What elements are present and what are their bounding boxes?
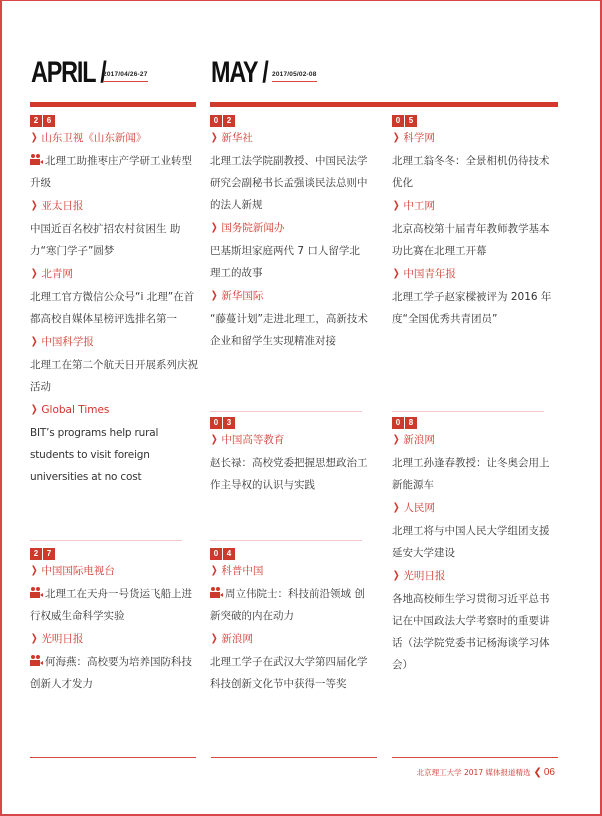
chevron-right-icon: ❯ bbox=[31, 199, 38, 213]
chevron-right-icon: ❯ bbox=[31, 267, 38, 281]
chevron-right-icon: ❯ bbox=[393, 131, 400, 145]
chevron-right-icon: ❯ bbox=[393, 267, 400, 281]
date-digit: 2 bbox=[30, 115, 42, 127]
video-camera-icon bbox=[210, 587, 223, 598]
day-block-08: 08❯新浪网北理工孙逢春教授：让冬奥会用上新能源车❯人民网北理工将与中国人民大学… bbox=[392, 417, 557, 679]
news-headline[interactable]: 何海燕：高校要为培养国防科技创新人才发力 bbox=[30, 651, 195, 695]
chevron-right-icon: ❯ bbox=[393, 501, 400, 515]
source-label: 光明日报 bbox=[41, 632, 83, 646]
news-headline[interactable]: 北理工在第二个航天日开展系列庆祝活动 bbox=[30, 354, 202, 398]
headline-text: 北理工学子赵家樑被评为 2016 年度“全国优秀共青团员” bbox=[392, 291, 551, 325]
divider bbox=[210, 411, 362, 412]
month-title-may: MAY / bbox=[211, 56, 268, 90]
source-label: 新华社 bbox=[221, 131, 253, 145]
day-block-02: 02❯新华社北理工法学院副教授、中国民法学研究会副秘书长孟强谈民法总则中的法人新… bbox=[210, 115, 370, 355]
chevron-right-icon: ❯ bbox=[31, 632, 38, 646]
source-label: 中国高等教育 bbox=[221, 433, 284, 447]
headline-text: 北理工将与中国人民大学组团支援延安大学建设 bbox=[392, 525, 550, 559]
news-source[interactable]: ❯亚太日报 bbox=[30, 197, 202, 215]
news-source[interactable]: ❯新华国际 bbox=[210, 287, 370, 305]
source-label: 科学网 bbox=[403, 131, 435, 145]
may-header-bar bbox=[210, 102, 558, 107]
source-label: 中国科学报 bbox=[41, 335, 94, 349]
video-camera-icon bbox=[30, 587, 43, 598]
news-headline[interactable]: 北理工将与中国人民大学组团支援延安大学建设 bbox=[392, 520, 557, 564]
source-label: 新浪网 bbox=[403, 433, 435, 447]
news-source[interactable]: ❯山东卫视《山东新闻》 bbox=[30, 129, 202, 147]
news-source[interactable]: ❯北青网 bbox=[30, 265, 202, 283]
divider bbox=[210, 540, 362, 541]
chevron-right-icon: ❯ bbox=[211, 221, 218, 235]
date-badge: 03 bbox=[210, 417, 370, 429]
headline-text: 北理工法学院副教授、中国民法学研究会副秘书长孟强谈民法总则中的法人新规 bbox=[210, 155, 368, 211]
date-range-may: 2017/05/02-08 bbox=[272, 71, 317, 82]
video-camera-icon bbox=[30, 154, 43, 165]
source-label: 科普中国 bbox=[221, 564, 263, 578]
date-range-april: 2017/04/26-27 bbox=[103, 71, 148, 82]
chevron-right-icon: ❯ bbox=[31, 564, 38, 578]
news-source[interactable]: ❯新浪网 bbox=[392, 431, 557, 449]
headline-text: 中国近百名校扩招农村贫困生 助力“寒门学子”圆梦 bbox=[30, 223, 180, 257]
source-label: 人民网 bbox=[403, 501, 435, 515]
date-digit: 0 bbox=[392, 417, 404, 429]
source-label: 中国青年报 bbox=[403, 267, 456, 281]
video-camera-icon bbox=[30, 655, 43, 666]
source-label: 光明日报 bbox=[403, 569, 445, 583]
news-source[interactable]: ❯中工网 bbox=[392, 197, 557, 215]
date-badge: 26 bbox=[30, 115, 202, 127]
bottom-rule bbox=[392, 757, 558, 758]
headline-text: 北理工学子在武汉大学第四届化学科技创新文化节中获得一等奖 bbox=[210, 656, 368, 690]
source-label: 北青网 bbox=[41, 267, 73, 281]
date-badge: 08 bbox=[392, 417, 557, 429]
news-headline[interactable]: 北理工翁冬冬：全景相机仍待技术优化 bbox=[392, 150, 557, 194]
date-digit: 0 bbox=[392, 115, 404, 127]
date-digit: 3 bbox=[223, 417, 235, 429]
date-digit: 0 bbox=[210, 417, 222, 429]
chevron-right-icon: ❯ bbox=[211, 433, 218, 447]
news-source[interactable]: ❯中国国际电视台 bbox=[30, 562, 195, 580]
date-badge: 04 bbox=[210, 548, 373, 560]
news-headline[interactable]: 北理工学子在武汉大学第四届化学科技创新文化节中获得一等奖 bbox=[210, 651, 373, 695]
news-source[interactable]: ❯光明日报 bbox=[30, 630, 195, 648]
source-label: 新华国际 bbox=[221, 289, 263, 303]
date-digit: 8 bbox=[405, 417, 417, 429]
headline-text: 各地高校师生学习贯彻习近平总书记在中国政法大学考察时的重要讲话（法学院党委书记杨… bbox=[392, 593, 550, 671]
day-block-26: 26❯山东卫视《山东新闻》北理工助推枣庄产学研工业转型升级❯亚太日报中国近百名校… bbox=[30, 115, 202, 491]
news-headline[interactable]: 北理工官方微信公众号“i 北理”在首都高校自媒体星榜评选排名第一 bbox=[30, 286, 202, 330]
footer-title: 北京理工大学 2017 媒体报道精选 bbox=[417, 767, 531, 778]
date-badge: 27 bbox=[30, 548, 195, 560]
news-source[interactable]: ❯新浪网 bbox=[210, 630, 373, 648]
chevron-right-icon: ❯ bbox=[211, 131, 218, 145]
news-source[interactable]: ❯新华社 bbox=[210, 129, 370, 147]
headline-text: “藤蔓计划”走进北理工，高新技术企业和留学生实现精准对接 bbox=[210, 313, 368, 347]
chevron-right-icon: ❯ bbox=[211, 632, 218, 646]
headline-text: 北理工助推枣庄产学研工业转型升级 bbox=[30, 155, 192, 189]
news-headline[interactable]: 北理工法学院副教授、中国民法学研究会副秘书长孟强谈民法总则中的法人新规 bbox=[210, 150, 370, 216]
headline-text: 北理工官方微信公众号“i 北理”在首都高校自媒体星榜评选排名第一 bbox=[30, 291, 194, 325]
headline-text: 周立伟院士：科技前沿领域 创新突破的内在动力 bbox=[210, 588, 365, 622]
news-source[interactable]: ❯中国高等教育 bbox=[210, 431, 370, 449]
chevron-right-icon: ❯ bbox=[393, 433, 400, 447]
headline-text: 巴基斯坦家庭两代 7 口人留学北理工的故事 bbox=[210, 245, 360, 279]
news-headline[interactable]: 北京高校第十届青年教师教学基本功比赛在北理工开幕 bbox=[392, 218, 557, 262]
chevron-right-icon: ❯ bbox=[211, 289, 218, 303]
divider bbox=[30, 540, 182, 541]
news-headline[interactable]: 北理工学子赵家樑被评为 2016 年度“全国优秀共青团员” bbox=[392, 286, 557, 330]
news-source[interactable]: ❯科普中国 bbox=[210, 562, 373, 580]
news-headline[interactable]: “藤蔓计划”走进北理工，高新技术企业和留学生实现精准对接 bbox=[210, 308, 370, 352]
headline-text: 北理工在第二个航天日开展系列庆祝活动 bbox=[30, 359, 198, 393]
chevron-right-icon: ❯ bbox=[393, 199, 400, 213]
source-label: Global Times bbox=[41, 403, 109, 417]
news-headline[interactable]: 中国近百名校扩招农村贫困生 助力“寒门学子”圆梦 bbox=[30, 218, 202, 262]
news-source[interactable]: ❯科学网 bbox=[392, 129, 557, 147]
chevron-right-icon: ❯ bbox=[211, 564, 218, 578]
news-headline[interactable]: 周立伟院士：科技前沿领域 创新突破的内在动力 bbox=[210, 583, 373, 627]
bottom-rule bbox=[30, 757, 196, 758]
date-badge: 05 bbox=[392, 115, 557, 127]
day-block-03: 03❯中国高等教育赵长禄：高校党委把握思想政治工作主导权的认识与实践 bbox=[210, 417, 370, 499]
news-headline[interactable]: 各地高校师生学习贯彻习近平总书记在中国政法大学考察时的重要讲话（法学院党委书记杨… bbox=[392, 588, 557, 676]
day-block-05: 05❯科学网北理工翁冬冬：全景相机仍待技术优化❯中工网北京高校第十届青年教师教学… bbox=[392, 115, 557, 333]
date-digit: 0 bbox=[210, 115, 222, 127]
date-digit: 2 bbox=[30, 548, 42, 560]
date-badge: 02 bbox=[210, 115, 370, 127]
news-headline[interactable]: 北理工孙逢春教授：让冬奥会用上新能源车 bbox=[392, 452, 557, 496]
april-header-bar bbox=[30, 102, 196, 107]
day-block-04: 04❯科普中国周立伟院士：科技前沿领域 创新突破的内在动力❯新浪网北理工学子在武… bbox=[210, 548, 373, 698]
headline-text: 赵长禄：高校党委把握思想政治工作主导权的认识与实践 bbox=[210, 457, 368, 491]
headline-text: BIT’s programs help rural students to vi… bbox=[30, 427, 158, 483]
chevron-left-icon: ❮ bbox=[533, 767, 541, 778]
news-headline[interactable]: BIT’s programs help rural students to vi… bbox=[30, 422, 202, 488]
news-source[interactable]: ❯国务院新闻办 bbox=[210, 219, 370, 237]
news-headline[interactable]: 赵长禄：高校党委把握思想政治工作主导权的认识与实践 bbox=[210, 452, 370, 496]
date-digit: 0 bbox=[210, 548, 222, 560]
news-source[interactable]: ❯Global Times bbox=[30, 401, 202, 419]
bottom-rule bbox=[211, 757, 377, 758]
headline-text: 何海燕：高校要为培养国防科技创新人才发力 bbox=[30, 656, 192, 690]
news-headline[interactable]: 北理工助推枣庄产学研工业转型升级 bbox=[30, 150, 202, 194]
source-label: 中国国际电视台 bbox=[41, 564, 115, 578]
chevron-right-icon: ❯ bbox=[393, 569, 400, 583]
news-source[interactable]: ❯人民网 bbox=[392, 499, 557, 517]
date-digit: 7 bbox=[43, 548, 55, 560]
page-number: 06 bbox=[544, 767, 555, 778]
date-digit: 2 bbox=[223, 115, 235, 127]
date-digit: 4 bbox=[223, 548, 235, 560]
news-headline[interactable]: 北理工在天舟一号货运飞船上进行权威生命科学实验 bbox=[30, 583, 195, 627]
chevron-right-icon: ❯ bbox=[31, 131, 38, 145]
news-source[interactable]: ❯光明日报 bbox=[392, 567, 557, 585]
headline-text: 北京高校第十届青年教师教学基本功比赛在北理工开幕 bbox=[392, 223, 550, 257]
source-label: 中工网 bbox=[403, 199, 435, 213]
day-block-27: 27❯中国国际电视台北理工在天舟一号货运飞船上进行权威生命科学实验❯光明日报何海… bbox=[30, 548, 195, 698]
page-footer: 北京理工大学 2017 媒体报道精选 ❮ 06 bbox=[417, 767, 555, 778]
date-digit: 5 bbox=[405, 115, 417, 127]
divider bbox=[392, 411, 544, 412]
month-title-april: APRIL / bbox=[31, 56, 106, 90]
source-label: 国务院新闻办 bbox=[221, 221, 284, 235]
source-label: 亚太日报 bbox=[41, 199, 83, 213]
headline-text: 北理工翁冬冬：全景相机仍待技术优化 bbox=[392, 155, 550, 189]
source-label: 新浪网 bbox=[221, 632, 253, 646]
source-label: 山东卫视《山东新闻》 bbox=[41, 131, 146, 145]
chevron-right-icon: ❯ bbox=[31, 335, 38, 349]
news-source[interactable]: ❯中国青年报 bbox=[392, 265, 557, 283]
headline-text: 北理工孙逢春教授：让冬奥会用上新能源车 bbox=[392, 457, 550, 491]
chevron-right-icon: ❯ bbox=[31, 403, 38, 417]
news-source[interactable]: ❯中国科学报 bbox=[30, 333, 202, 351]
news-headline[interactable]: 巴基斯坦家庭两代 7 口人留学北理工的故事 bbox=[210, 240, 370, 284]
headline-text: 北理工在天舟一号货运飞船上进行权威生命科学实验 bbox=[30, 588, 192, 622]
date-digit: 6 bbox=[43, 115, 55, 127]
